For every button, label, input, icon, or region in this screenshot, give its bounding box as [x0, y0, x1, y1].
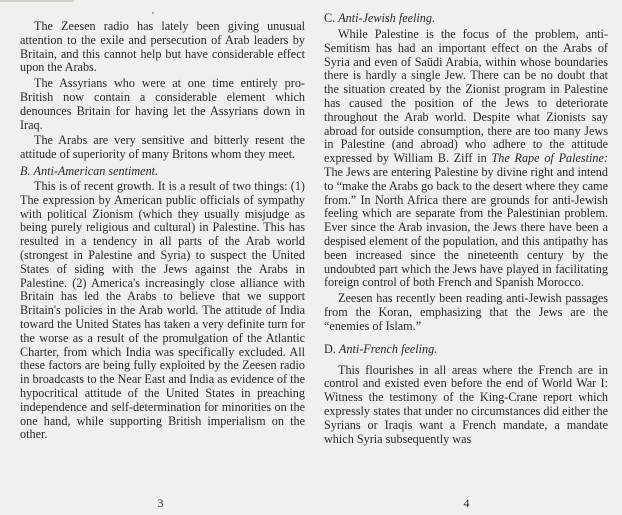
page-number: 4	[311, 496, 622, 511]
page-number: 3	[10, 496, 311, 511]
section-heading-anti-american: B. Anti-American sentiment.	[20, 164, 305, 178]
paragraph-assyrians: The Assyrians who were at one time entir…	[20, 77, 305, 132]
section-letter: C.	[324, 11, 335, 25]
section-heading-anti-jewish: C. Anti-Jewish feeling.	[324, 11, 608, 25]
text-run: While Palestine is the focus of the prob…	[324, 27, 608, 165]
paragraph-anti-american: This is of recent growth. It is a result…	[20, 180, 305, 442]
scan-speck	[152, 12, 154, 14]
section-heading-anti-french: D. Anti-French feeling.	[324, 342, 608, 356]
paragraph-anti-french: This flourishes in all areas where the F…	[324, 364, 608, 447]
section-title: Anti-Jewish feeling.	[338, 11, 435, 25]
section-letter: D.	[324, 342, 336, 356]
section-title: Anti-French feeling.	[339, 342, 437, 356]
book-title: The Rape of Palestine:	[491, 151, 608, 165]
page-4: C. Anti-Jewish feeling. While Palestine …	[311, 0, 622, 515]
text-run: The Jews are entering Palestine by divin…	[324, 165, 608, 289]
section-letter: B.	[20, 164, 31, 178]
paragraph-anti-jewish: While Palestine is the focus of the prob…	[324, 28, 608, 290]
paragraph-arab-sensitivity: The Arabs are very sensitive and bitterl…	[20, 134, 305, 162]
paragraph-zeesen-exile: The Zeesen radio has lately been giving …	[20, 20, 305, 75]
document-spread: The Zeesen radio has lately been giving …	[0, 0, 622, 515]
paragraph-zeesen-koran: Zeesen has recently been reading anti-Je…	[324, 292, 608, 333]
page-3: The Zeesen radio has lately been giving …	[0, 0, 311, 515]
section-title: Anti-American sentiment.	[34, 164, 159, 178]
scan-edge-line	[0, 0, 74, 2]
